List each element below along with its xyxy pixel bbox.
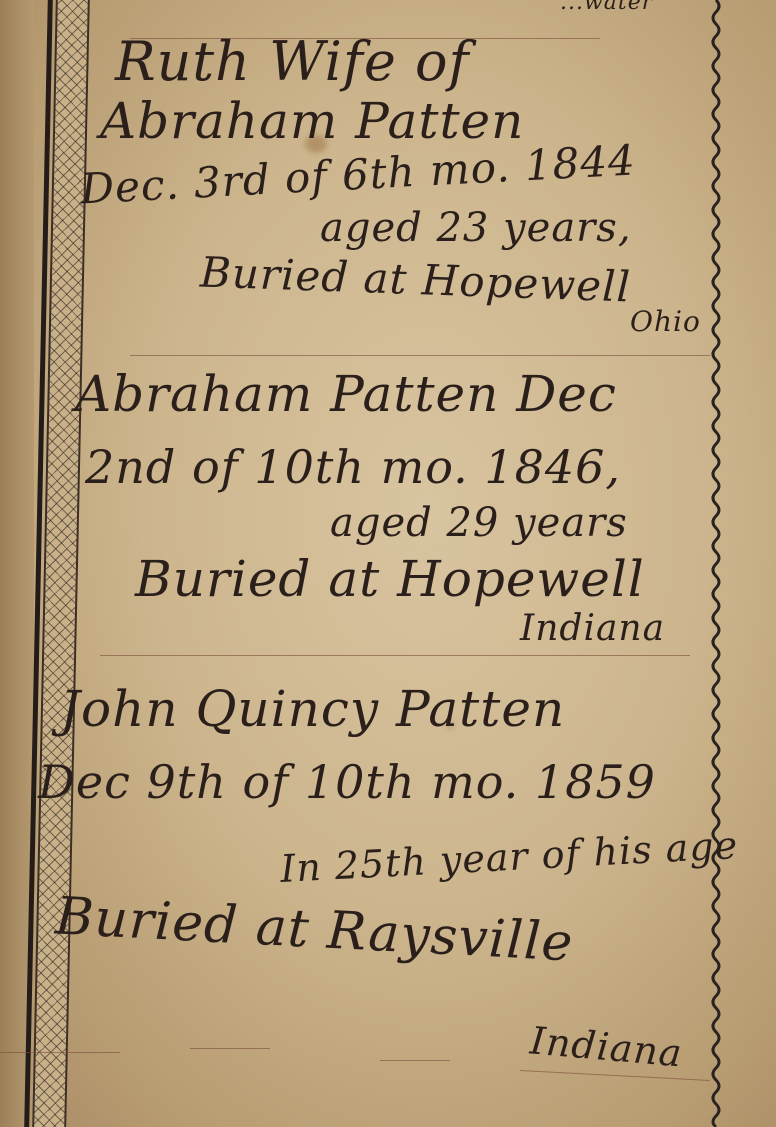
- entry-3-date: Dec 9th of 10th mo. 1859: [38, 755, 656, 809]
- ruled-line: [520, 1070, 710, 1081]
- entry-3-state: Indiana: [528, 1018, 684, 1075]
- ruled-line: [190, 1048, 270, 1049]
- entry-3-burial: Buried at Raysville: [54, 886, 575, 973]
- ruled-line: [380, 1060, 450, 1061]
- entry-3-name: John Quincy Patten: [60, 680, 565, 738]
- entry-john-quincy: John Quincy Patten Dec 9th of 10th mo. 1…: [0, 0, 776, 1127]
- entry-3-age: In 25th year of his age: [279, 823, 739, 891]
- ruled-line: [100, 655, 690, 656]
- ruled-line: [0, 1052, 120, 1053]
